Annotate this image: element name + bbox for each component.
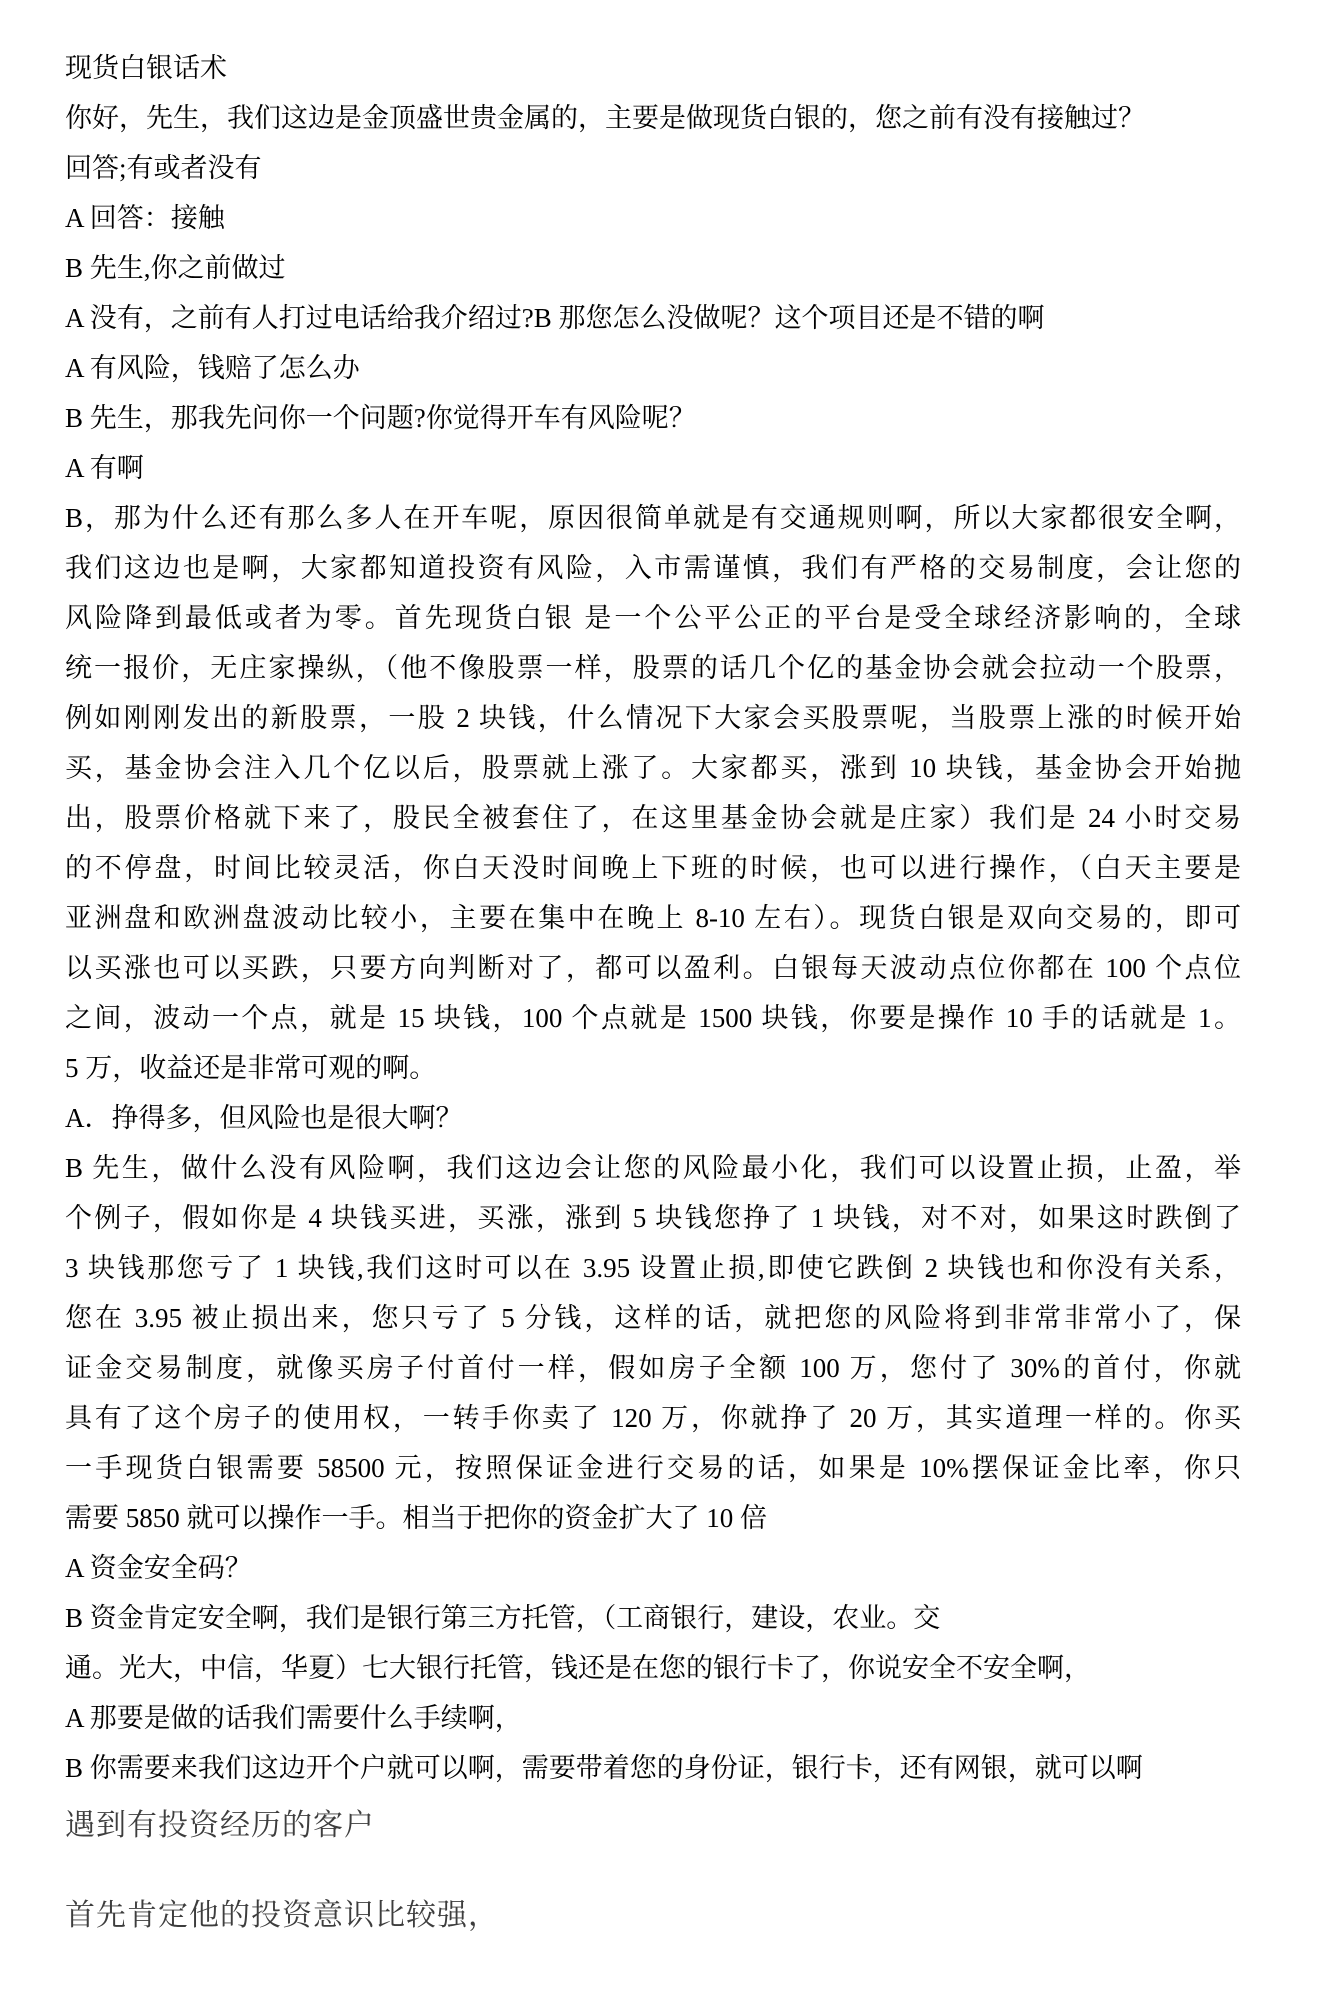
text-line: 5 万，收益还是非常可观的啊。	[65, 1043, 1241, 1093]
document-body: 现货白银话术你好，先生，我们这边是金顶盛世贵金属的，主要是做现货白银的，您之前有…	[65, 43, 1241, 1939]
text-line: 通。光大，中信，华夏）七大银行托管，钱还是在您的银行卡了，你说安全不安全啊，	[65, 1643, 1241, 1693]
text-line: A．挣得多，但风险也是很大啊？	[65, 1093, 1241, 1143]
text-line: 风险降到最低或者为零。首先现货白银 是一个公平公正的平台是受全球经济影响的，全球	[65, 593, 1241, 643]
text-line: B，那为什么还有那么多人在开车呢，原因很简单就是有交通规则啊，所以大家都很安全啊…	[65, 493, 1241, 543]
text-line: 例如刚刚发出的新股票，一股 2 块钱，什么情况下大家会买股票呢，当股票上涨的时候…	[65, 693, 1241, 743]
text-line: B 你需要来我们这边开个户就可以啊，需要带着您的身份证，银行卡，还有网银，就可以…	[65, 1743, 1241, 1793]
text-line: 之间，波动一个点，就是 15 块钱，100 个点就是 1500 块钱，你要是操作…	[65, 993, 1241, 1043]
text-line: B 先生,你之前做过	[65, 243, 1241, 293]
document-page: 现货白银话术你好，先生，我们这边是金顶盛世贵金属的，主要是做现货白银的，您之前有…	[0, 0, 1323, 2008]
text-line: 个例子，假如你是 4 块钱买进，买涨，涨到 5 块钱您挣了 1 块钱，对不对，如…	[65, 1193, 1241, 1243]
text-line: 亚洲盘和欧洲盘波动比较小，主要在集中在晚上 8-10 左右）。现货白银是双向交易…	[65, 893, 1241, 943]
text-line: 回答;有或者没有	[65, 143, 1241, 193]
text-line: A 那要是做的话我们需要什么手续啊，	[65, 1693, 1241, 1743]
text-line: 统一报价，无庄家操纵，（他不像股票一样，股票的话几个亿的基金协会就会拉动一个股票…	[65, 643, 1241, 693]
text-line: 具有了这个房子的使用权，一转手你卖了 120 万，你就挣了 20 万，其实道理一…	[65, 1393, 1241, 1443]
note-line: 首先肯定他的投资意识比较强，	[65, 1893, 1241, 1939]
text-line: A 有啊	[65, 443, 1241, 493]
text-line: 3 块钱那您亏了 1 块钱,我们这时可以在 3.95 设置止损,即使它跌倒 2 …	[65, 1243, 1241, 1293]
text-line: 你好，先生，我们这边是金顶盛世贵金属的，主要是做现货白银的，您之前有没有接触过？	[65, 93, 1241, 143]
text-line: B 先生，那我先问你一个问题?你觉得开车有风险呢？	[65, 393, 1241, 443]
text-line: 的不停盘，时间比较灵活，你白天没时间晚上下班的时候，也可以进行操作，（白天主要是	[65, 843, 1241, 893]
text-line: 以买涨也可以买跌，只要方向判断对了，都可以盈利。白银每天波动点位你都在 100 …	[65, 943, 1241, 993]
text-line: 出，股票价格就下来了，股民全被套住了，在这里基金协会就是庄家）我们是 24 小时…	[65, 793, 1241, 843]
text-line: B 先生，做什么没有风险啊，我们这边会让您的风险最小化，我们可以设置止损，止盈，…	[65, 1143, 1241, 1193]
text-line: A 没有，之前有人打过电话给我介绍过?B 那您怎么没做呢？这个项目还是不错的啊	[65, 293, 1241, 343]
text-line: 您在 3.95 被止损出来，您只亏了 5 分钱，这样的话，就把您的风险将到非常非…	[65, 1293, 1241, 1343]
text-line: A 有风险，钱赔了怎么办	[65, 343, 1241, 393]
note-line: 遇到有投资经历的客户	[65, 1803, 1241, 1849]
text-line: 证金交易制度，就像买房子付首付一样，假如房子全额 100 万，您付了 30%的首…	[65, 1343, 1241, 1393]
document-title: 现货白银话术	[65, 43, 1241, 93]
text-line: 一手现货白银需要 58500 元，按照保证金进行交易的话，如果是 10%摆保证金…	[65, 1443, 1241, 1493]
text-line: A 回答：接触	[65, 193, 1241, 243]
text-line: 买，基金协会注入几个亿以后，股票就上涨了。大家都买，涨到 10 块钱，基金协会开…	[65, 743, 1241, 793]
text-line: B 资金肯定安全啊，我们是银行第三方托管，（工商银行，建设，农业。交	[65, 1593, 1241, 1643]
text-line: 需要 5850 就可以操作一手。相当于把你的资金扩大了 10 倍	[65, 1493, 1241, 1543]
text-line: 我们这边也是啊，大家都知道投资有风险，入市需谨慎，我们有严格的交易制度，会让您的	[65, 543, 1241, 593]
text-line: A 资金安全码？	[65, 1543, 1241, 1593]
